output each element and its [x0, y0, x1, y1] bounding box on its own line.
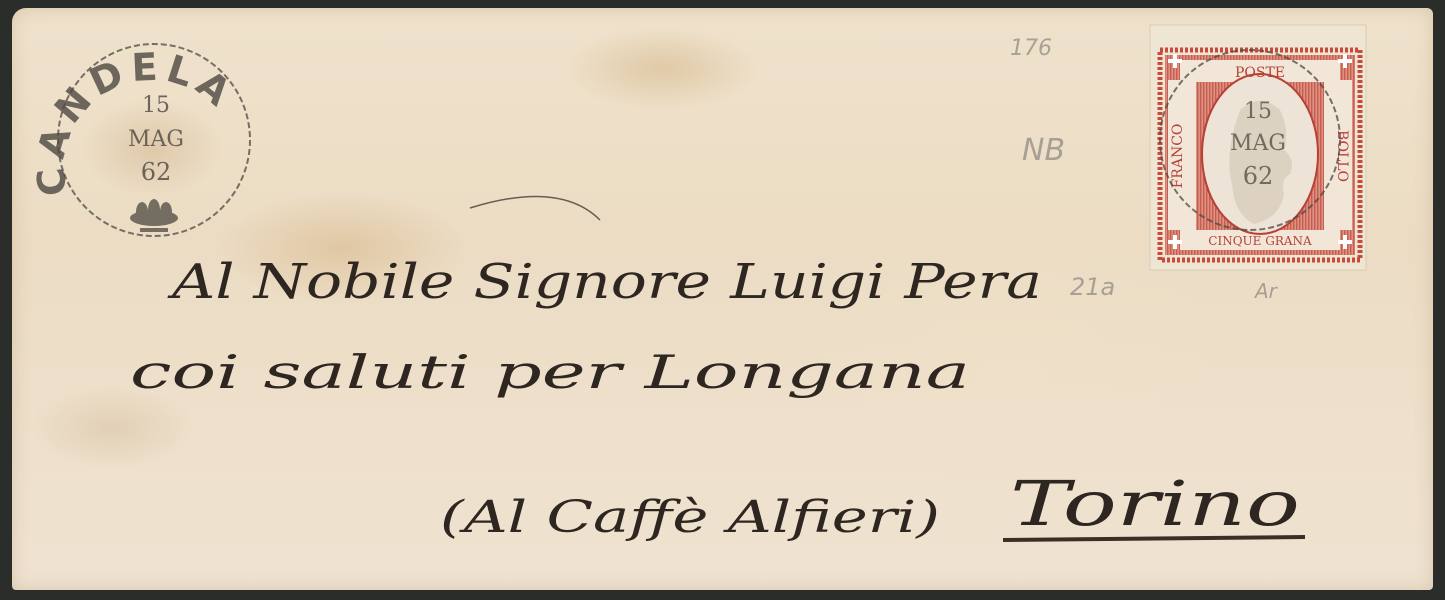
- stamp-left-label: FRANCO: [1170, 124, 1186, 189]
- stamp-value-label: CINQUE GRANA: [1208, 234, 1312, 248]
- pencil-note-under-stamp: Ar: [1253, 279, 1279, 303]
- postmark-year: 62: [141, 158, 172, 186]
- postmark: CANDELA 15 MAG 62: [28, 44, 250, 236]
- pencil-note-catalog: 21a: [1070, 273, 1115, 301]
- address-line-2: coi saluti per Longana: [130, 345, 970, 399]
- handwritten-address: Al Nobile Signore Luigi Pera coi saluti …: [130, 196, 1305, 543]
- address-line-1: Al Nobile Signore Luigi Pera: [167, 254, 1042, 310]
- flower-ornament-icon: [130, 199, 178, 232]
- pencil-note-initials: NB: [1022, 133, 1065, 168]
- postage-stamp: POSTE FRANCO BOLLO CINQUE GRANA 15 MAG 6…: [1150, 25, 1366, 270]
- svg-text:MAG: MAG: [1230, 131, 1286, 156]
- postmark-month: MAG: [128, 127, 184, 152]
- svg-text:62: 62: [1243, 162, 1274, 190]
- address-line-3: (Al Caffè Alfieri): [440, 492, 940, 543]
- svg-text:15: 15: [1244, 99, 1272, 124]
- address-city: Torino: [1010, 467, 1300, 540]
- stamp-right-label: BOLLO: [1334, 130, 1350, 182]
- stamp-top-label: POSTE: [1235, 65, 1285, 81]
- pencil-note-number: 176: [1010, 36, 1052, 61]
- cover-markings: CANDELA 15 MAG 62 POSTE FRANCO BOLLO CIN…: [0, 0, 1445, 600]
- postmark-day: 15: [142, 93, 170, 118]
